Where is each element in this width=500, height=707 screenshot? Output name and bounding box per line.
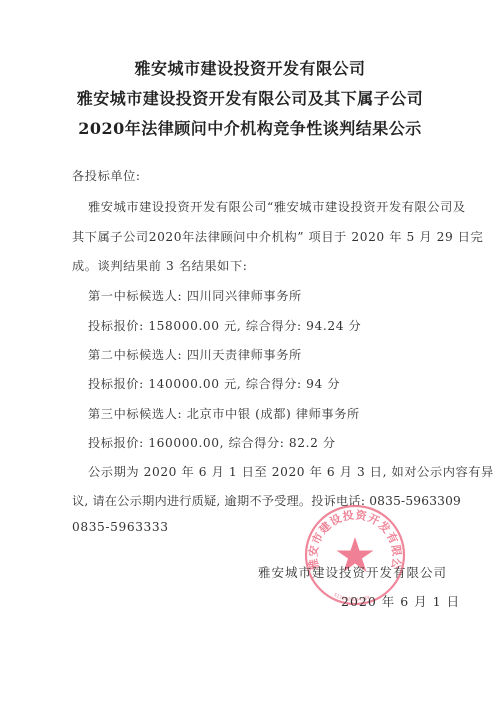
para1-line1: 雅安城市建设投资开发有限公司“雅安城市建设投资开发有限公司及 xyxy=(88,198,466,215)
signature-company: 雅安城市建设投资开发有限公司 xyxy=(258,563,447,581)
candidate-1-bid: 投标报价: 158000.00 元, 综合得分: 94.24 分 xyxy=(88,317,361,334)
para1-line3: 成。谈判结果前 3 名结果如下: xyxy=(72,257,247,274)
title-line-3: 2020年法律顾问中介机构竞争性谈判结果公示 xyxy=(0,116,500,139)
para1-line2: 其下属子公司2020年法律顾问中介机构” 项目于 2020 年 5 月 29 日… xyxy=(72,228,483,245)
notice-line3: 0835-5963333 xyxy=(72,520,169,534)
title-line-2: 雅安城市建设投资开发有限公司及其下属子公司 xyxy=(0,86,500,109)
candidate-2-label: 第二中标候选人: 四川天责律师事务所 xyxy=(88,346,302,363)
candidate-2-bid: 投标报价: 140000.00 元, 综合得分: 94 分 xyxy=(88,375,340,392)
signature-date: 2020 年 6 月 1 日 xyxy=(341,592,460,610)
salutation: 各投标单位: xyxy=(72,167,141,184)
notice-line1: 公示期为 2020 年 6 月 1 日至 2020 年 6 月 3 日, 如对公… xyxy=(88,463,494,480)
title-line-1: 雅安城市建设投资开发有限公司 xyxy=(0,56,500,79)
candidate-3-label: 第三中标候选人: 北京市中银 (成都) 律师事务所 xyxy=(88,405,360,422)
candidate-1-label: 第一中标候选人: 四川同兴律师事务所 xyxy=(88,287,302,304)
candidate-3-bid: 投标报价: 160000.00, 综合得分: 82.2 分 xyxy=(88,434,336,451)
